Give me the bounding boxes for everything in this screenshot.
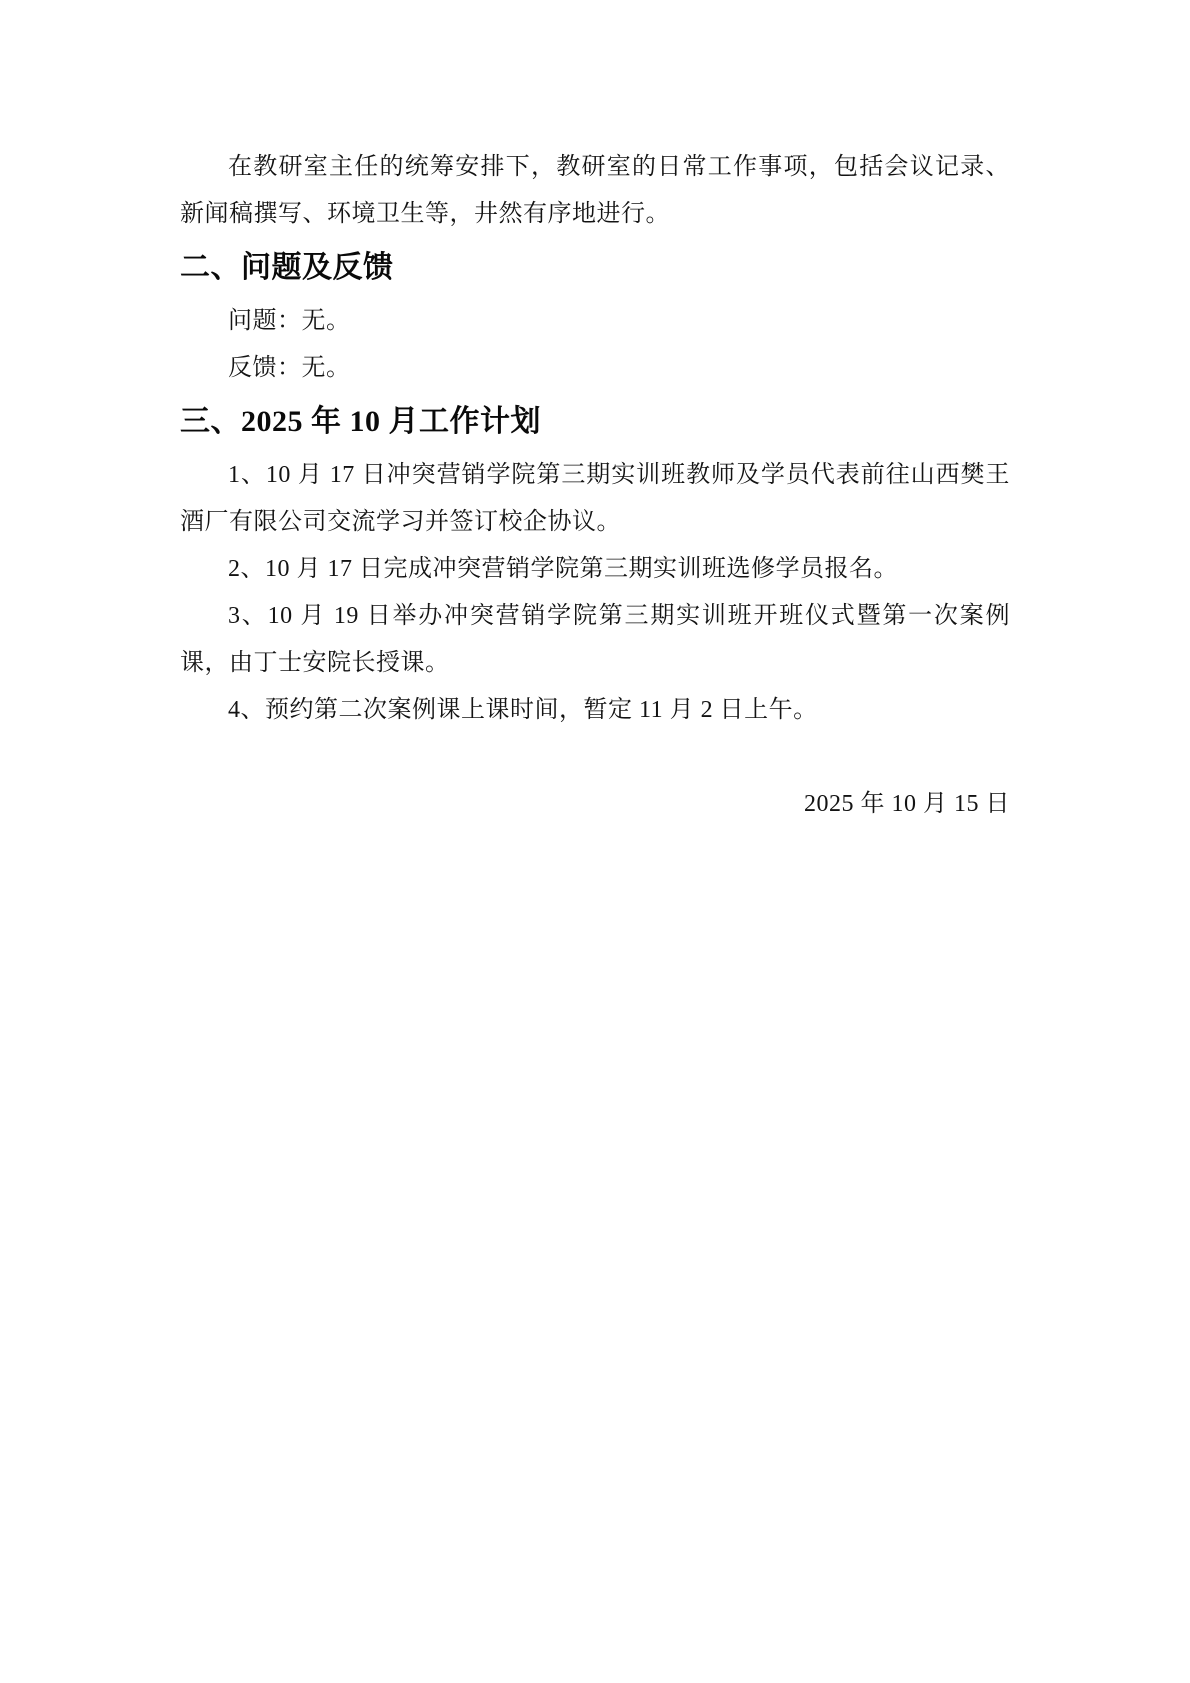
- plan-item-1: 1、10 月 17 日冲突营销学院第三期实训班教师及学员代表前往山西樊王酒厂有限…: [180, 452, 1010, 546]
- section-heading-problems: 二、问题及反馈: [180, 238, 1010, 298]
- document-page: 在教研室主任的统筹安排下，教研室的日常工作事项，包括会议记录、新闻稿撰写、环境卫…: [0, 0, 1190, 1683]
- document-content: 在教研室主任的统筹安排下，教研室的日常工作事项，包括会议记录、新闻稿撰写、环境卫…: [180, 144, 1010, 828]
- problems-line: 问题：无。: [180, 298, 1010, 345]
- signature-date: 2025 年 10 月 15 日: [180, 781, 1010, 828]
- plan-item-3: 3、10 月 19 日举办冲突营销学院第三期实训班开班仪式暨第一次案例课，由丁士…: [180, 593, 1010, 687]
- plan-item-2: 2、10 月 17 日完成冲突营销学院第三期实训班选修学员报名。: [180, 546, 1010, 593]
- feedback-line: 反馈：无。: [180, 345, 1010, 392]
- plan-item-4: 4、预约第二次案例课上课时间，暂定 11 月 2 日上午。: [180, 687, 1010, 734]
- intro-paragraph: 在教研室主任的统筹安排下，教研室的日常工作事项，包括会议记录、新闻稿撰写、环境卫…: [180, 144, 1010, 238]
- section-heading-plan: 三、2025 年 10 月工作计划: [180, 392, 1010, 452]
